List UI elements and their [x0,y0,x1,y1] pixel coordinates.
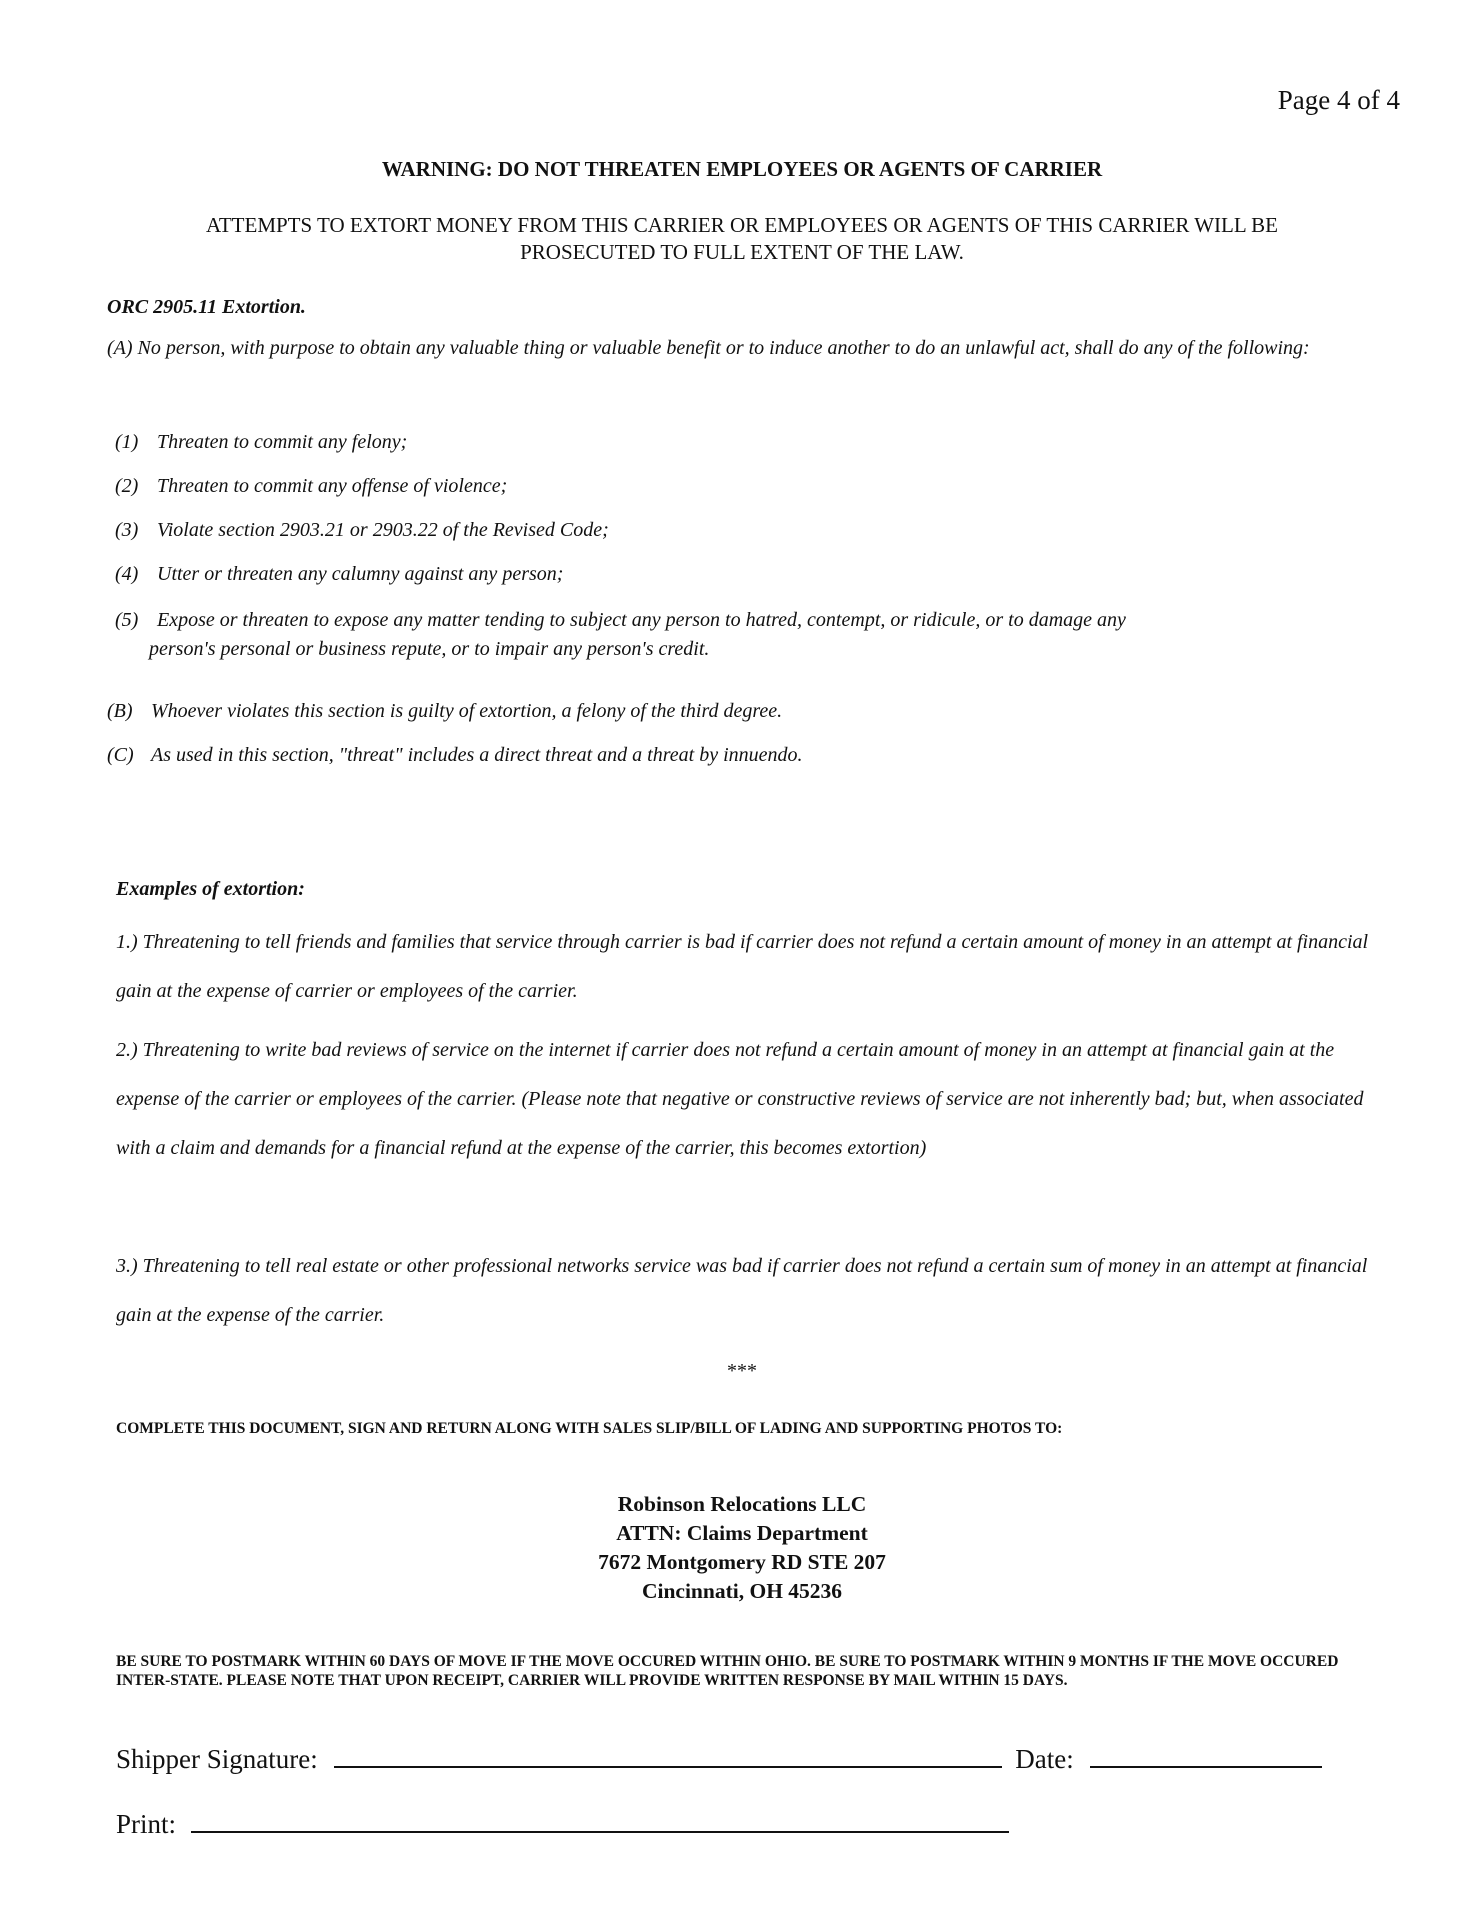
statute-title: ORC 2905.11 Extortion. [107,296,306,319]
address-attn: ATTN: Claims Department [0,1519,1484,1548]
item-text: Threaten to commit any felony; [157,431,407,453]
example-item: 1.) Threatening to tell friends and fami… [116,918,1376,1016]
section-separator: *** [0,1360,1484,1383]
signature-field[interactable] [334,1740,1002,1768]
example-item: 2.) Threatening to write bad reviews of … [116,1026,1376,1173]
example-item: 3.) Threatening to tell real estate or o… [116,1242,1376,1340]
print-name-row: Print: [116,1805,1009,1840]
mailing-address: Robinson Relocations LLC ATTN: Claims De… [0,1490,1484,1606]
item-number: (1) [115,428,157,457]
statute-item: (2)Threaten to commit any offense of vio… [115,472,507,501]
item-number: (3) [115,516,157,545]
item-text: Threaten to commit any offense of violen… [157,475,507,497]
address-city: Cincinnati, OH 45236 [0,1577,1484,1606]
address-company: Robinson Relocations LLC [0,1490,1484,1519]
date-label: Date: [1015,1744,1073,1774]
warning-title: WARNING: DO NOT THREATEN EMPLOYEES OR AG… [0,157,1484,182]
statute-para-c: (C)As used in this section, "threat" inc… [107,744,803,767]
print-name-field[interactable] [191,1805,1009,1833]
item-number: (5) [115,606,157,635]
address-street: 7672 Montgomery RD STE 207 [0,1548,1484,1577]
warning-line-1: ATTEMPTS TO EXTORT MONEY FROM THIS CARRI… [90,212,1394,239]
statute-para-b: (B)Whoever violates this section is guil… [107,700,782,723]
warning-line-2: PROSECUTED TO FULL EXTENT OF THE LAW. [90,239,1394,266]
signature-row: Shipper Signature: Date: [116,1740,1322,1775]
item-text: Expose or threaten to expose any matter … [157,609,1126,631]
item-number: (4) [115,560,157,589]
postmark-notice: BE SURE TO POSTMARK WITHIN 60 DAYS OF MO… [116,1652,1356,1690]
para-b-number: (B) [107,700,151,723]
item-text-continued: person's personal or business repute, or… [115,635,1375,664]
statute-item: (3)Violate section 2903.21 or 2903.22 of… [115,516,609,545]
page-number: Page 4 of 4 [1278,85,1400,116]
item-text: Utter or threaten any calumny against an… [157,563,563,585]
statute-para-a: (A) No person, with purpose to obtain an… [107,334,1367,363]
examples-title: Examples of extortion: [116,878,305,901]
return-instructions: COMPLETE THIS DOCUMENT, SIGN AND RETURN … [116,1420,1062,1438]
statute-item: (1)Threaten to commit any felony; [115,428,407,457]
statute-item: (5)Expose or threaten to expose any matt… [115,606,1375,664]
statute-item: (4)Utter or threaten any calumny against… [115,560,563,589]
signature-label: Shipper Signature: [116,1744,318,1774]
item-text: Violate section 2903.21 or 2903.22 of th… [157,519,609,541]
print-label: Print: [116,1809,176,1839]
para-c-number: (C) [107,744,151,767]
para-c-text: As used in this section, "threat" includ… [151,744,803,766]
date-field[interactable] [1090,1740,1322,1768]
warning-statement: ATTEMPTS TO EXTORT MONEY FROM THIS CARRI… [90,212,1394,266]
item-number: (2) [115,472,157,501]
para-b-text: Whoever violates this section is guilty … [151,700,782,722]
